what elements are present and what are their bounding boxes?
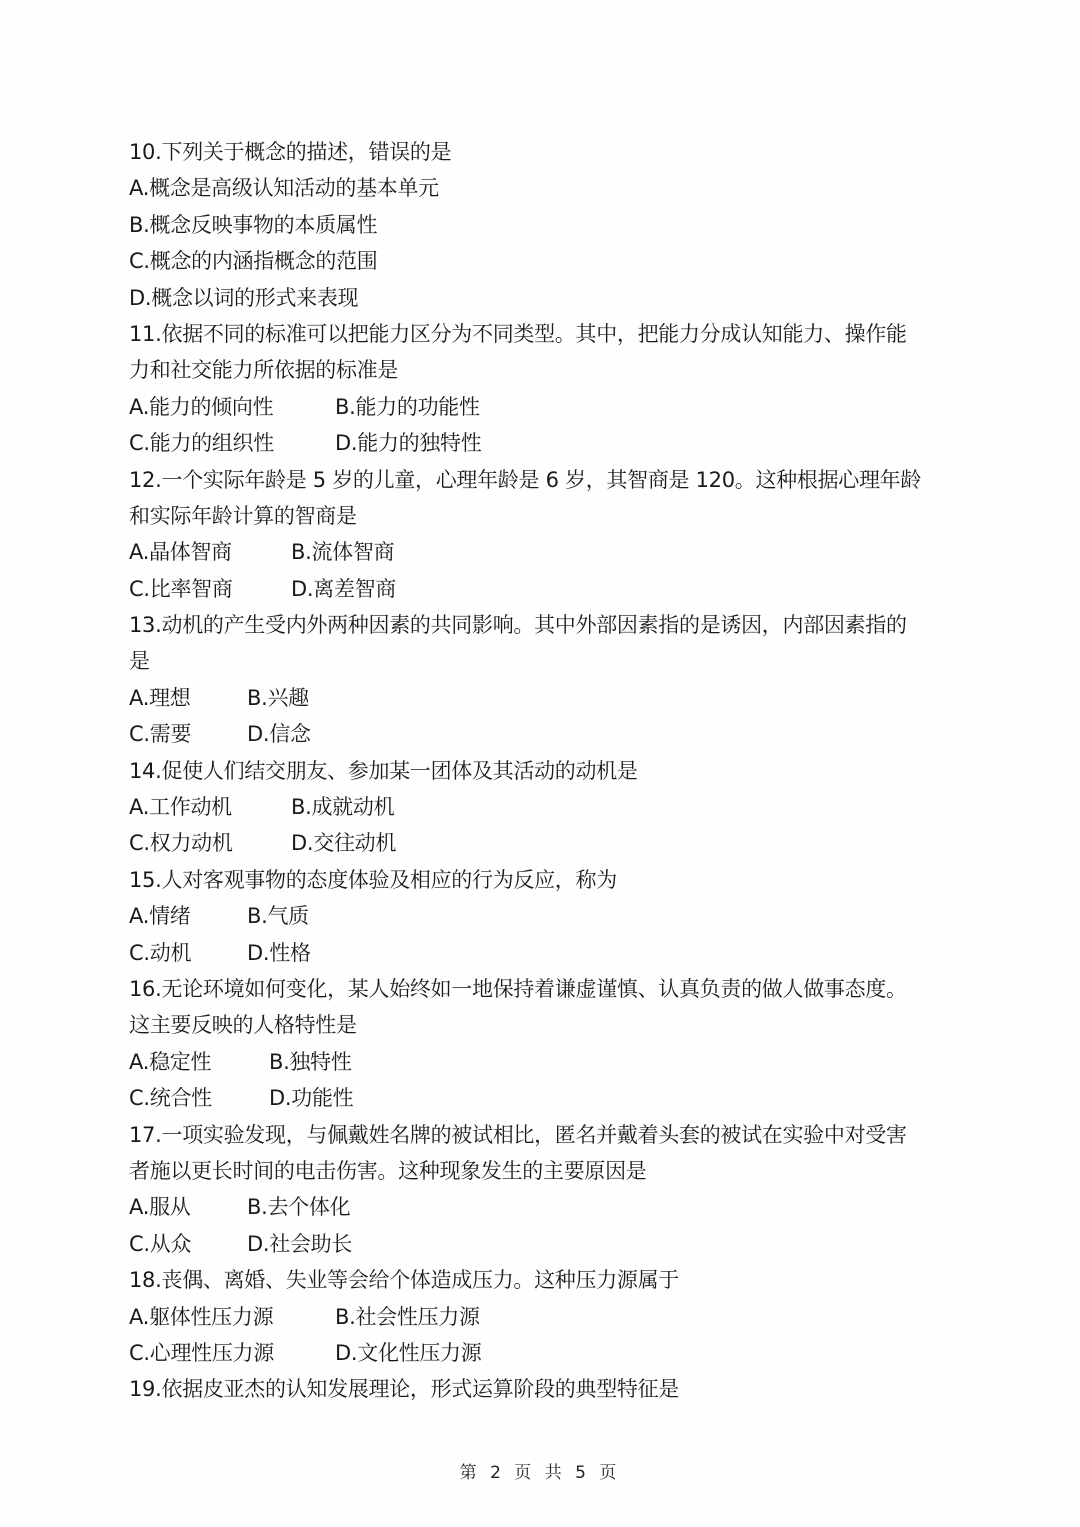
answer-option: A.躯体性压力源	[129, 1299, 335, 1335]
question-stem: 力和社交能力所依据的标准是	[129, 352, 959, 388]
question-item: 13.动机的产生受内外两种因素的共同影响。其中外部因素指的是诱因，内部因素指的是…	[129, 607, 959, 753]
exam-page: 10.下列关于概念的描述，错误的是A.概念是高级认知活动的基本单元B.概念反映事…	[0, 0, 1080, 1527]
answer-option: C.从众	[129, 1226, 247, 1262]
answer-option: C.概念的内涵指概念的范围	[129, 243, 959, 279]
answer-option: A.服从	[129, 1189, 247, 1225]
answer-option-row: A.能力的倾向性B.能力的功能性	[129, 389, 959, 425]
answer-option: C.比率智商	[129, 571, 291, 607]
answer-option: B.兴趣	[247, 680, 309, 716]
answer-option: A.能力的倾向性	[129, 389, 335, 425]
answer-option: D.能力的独特性	[335, 425, 481, 461]
answer-option: A.工作动机	[129, 789, 291, 825]
question-stem: 12.一个实际年龄是 5 岁的儿童，心理年龄是 6 岁，其智商是 120。这种根…	[129, 462, 959, 498]
question-item: 17.一项实验发现，与佩戴姓名牌的被试相比，匿名并戴着头套的被试在实验中对受害者…	[129, 1117, 959, 1263]
page-footer: 第 2 页 共 5 页	[0, 1458, 1080, 1483]
answer-option: D.文化性压力源	[335, 1335, 481, 1371]
answer-option-row: C.比率智商D.离差智商	[129, 571, 959, 607]
answer-option: C.能力的组织性	[129, 425, 335, 461]
answer-option: C.需要	[129, 716, 247, 752]
question-stem: 13.动机的产生受内外两种因素的共同影响。其中外部因素指的是诱因，内部因素指的	[129, 607, 959, 643]
question-stem: 14.促使人们结交朋友、参加某一团体及其活动的动机是	[129, 753, 959, 789]
question-stem: 11.依据不同的标准可以把能力区分为不同类型。其中，把能力分成认知能力、操作能	[129, 316, 959, 352]
answer-option-row: C.统合性D.功能性	[129, 1080, 959, 1116]
question-stem: 19.依据皮亚杰的认知发展理论，形式运算阶段的典型特征是	[129, 1371, 959, 1407]
answer-option: A.晶体智商	[129, 534, 291, 570]
answer-option: C.统合性	[129, 1080, 269, 1116]
answer-option: B.去个体化	[247, 1189, 350, 1225]
answer-option-row: A.工作动机B.成就动机	[129, 789, 959, 825]
answer-option: B.成就动机	[291, 789, 394, 825]
answer-option: C.心理性压力源	[129, 1335, 335, 1371]
answer-option: B.独特性	[269, 1044, 352, 1080]
answer-option-row: A.理想B.兴趣	[129, 680, 959, 716]
answer-option-row: C.权力动机D.交往动机	[129, 825, 959, 861]
answer-option: D.性格	[247, 935, 311, 971]
question-item: 12.一个实际年龄是 5 岁的儿童，心理年龄是 6 岁，其智商是 120。这种根…	[129, 462, 959, 608]
question-stem: 10.下列关于概念的描述，错误的是	[129, 134, 959, 170]
answer-option-row: A.躯体性压力源B.社会性压力源	[129, 1299, 959, 1335]
question-item: 16.无论环境如何变化，某人始终如一地保持着谦虚谨慎、认真负责的做人做事态度。这…	[129, 971, 959, 1117]
answer-option-row: C.能力的组织性D.能力的独特性	[129, 425, 959, 461]
answer-option-row: C.需要D.信念	[129, 716, 959, 752]
answer-option-row: A.稳定性B.独特性	[129, 1044, 959, 1080]
question-stem: 这主要反映的人格特性是	[129, 1007, 959, 1043]
answer-option: D.社会助长	[247, 1226, 352, 1262]
question-stem: 15.人对客观事物的态度体验及相应的行为反应，称为	[129, 862, 959, 898]
answer-option: A.情绪	[129, 898, 247, 934]
answer-option: B.社会性压力源	[335, 1299, 480, 1335]
question-stem: 和实际年龄计算的智商是	[129, 498, 959, 534]
question-item: 18.丧偶、离婚、失业等会给个体造成压力。这种压力源属于A.躯体性压力源B.社会…	[129, 1262, 959, 1371]
question-stem: 16.无论环境如何变化，某人始终如一地保持着谦虚谨慎、认真负责的做人做事态度。	[129, 971, 959, 1007]
answer-option-row: A.情绪B.气质	[129, 898, 959, 934]
answer-option-row: C.动机D.性格	[129, 935, 959, 971]
answer-option-row: C.心理性压力源D.文化性压力源	[129, 1335, 959, 1371]
question-item: 11.依据不同的标准可以把能力区分为不同类型。其中，把能力分成认知能力、操作能力…	[129, 316, 959, 462]
answer-option: B.流体智商	[291, 534, 394, 570]
answer-option: D.功能性	[269, 1080, 353, 1116]
question-stem: 是	[129, 643, 959, 679]
question-item: 15.人对客观事物的态度体验及相应的行为反应，称为A.情绪B.气质C.动机D.性…	[129, 862, 959, 971]
question-stem: 17.一项实验发现，与佩戴姓名牌的被试相比，匿名并戴着头套的被试在实验中对受害	[129, 1117, 959, 1153]
answer-option: A.稳定性	[129, 1044, 269, 1080]
answer-option: C.动机	[129, 935, 247, 971]
question-item: 14.促使人们结交朋友、参加某一团体及其活动的动机是A.工作动机B.成就动机C.…	[129, 753, 959, 862]
question-item: 19.依据皮亚杰的认知发展理论，形式运算阶段的典型特征是	[129, 1371, 959, 1407]
answer-option: A.概念是高级认知活动的基本单元	[129, 170, 959, 206]
answer-option: C.权力动机	[129, 825, 291, 861]
answer-option-row: A.服从B.去个体化	[129, 1189, 959, 1225]
answer-option: D.信念	[247, 716, 311, 752]
question-stem: 者施以更长时间的电击伤害。这种现象发生的主要原因是	[129, 1153, 959, 1189]
answer-option: D.离差智商	[291, 571, 396, 607]
answer-option: B.气质	[247, 898, 309, 934]
question-stem: 18.丧偶、离婚、失业等会给个体造成压力。这种压力源属于	[129, 1262, 959, 1298]
answer-option: D.交往动机	[291, 825, 396, 861]
answer-option: B.概念反映事物的本质属性	[129, 207, 959, 243]
answer-option: D.概念以词的形式来表现	[129, 280, 959, 316]
answer-option-row: C.从众D.社会助长	[129, 1226, 959, 1262]
answer-option: A.理想	[129, 680, 247, 716]
answer-option: B.能力的功能性	[335, 389, 480, 425]
answer-option-row: A.晶体智商B.流体智商	[129, 534, 959, 570]
question-item: 10.下列关于概念的描述，错误的是A.概念是高级认知活动的基本单元B.概念反映事…	[129, 134, 959, 316]
question-list: 10.下列关于概念的描述，错误的是A.概念是高级认知活动的基本单元B.概念反映事…	[129, 134, 959, 1408]
